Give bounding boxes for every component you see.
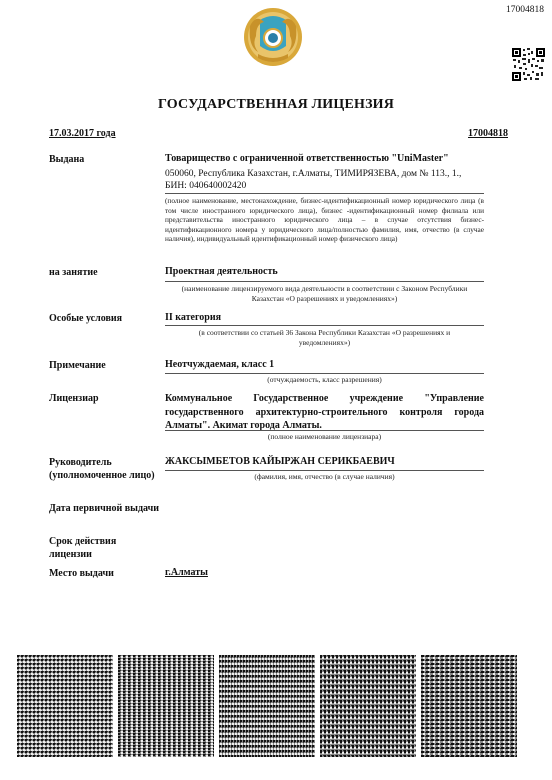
licensee-address: 050060, Республика Казахстан, г.Алматы, … [165,169,484,179]
qr-block-4-icon [320,655,416,757]
issued-to-hint: (полное наименование, местонахождение, б… [165,196,484,244]
divider [165,373,484,374]
issue-date: 17.03.2017 года [49,128,116,139]
head-label-line2: (уполномоченное лицо) [49,469,155,482]
head-name: ЖАКСЫМБЕТОВ КАЙЫРЖАН СЕРИКБАЕВИЧ [165,456,484,467]
note-value: Неотчуждаемая, класс 1 [165,359,484,370]
licensor-hint: (полное наименование лицензиара) [165,432,484,442]
licensee-name: Товарищество с ограниченной ответственно… [165,153,484,164]
activity-hint: (наименование лицензируемого вида деятел… [165,284,484,304]
head-label: Руководитель (уполномоченное лицо) [49,456,155,482]
divider [165,430,484,431]
qr-block-5-icon [421,655,517,757]
qr-block-2-icon [118,655,214,757]
first-issue-date-label: Дата первичной выдачи [49,502,159,515]
place-of-issue-value: г.Алматы [165,567,484,578]
activity-label: на занятие [49,266,98,279]
validity-label: Срок действия лицензии [49,535,116,561]
qr-code-icon [511,47,546,82]
divider [165,193,484,194]
qr-block-3-icon [219,655,315,757]
special-conditions-label: Особые условия [49,312,122,325]
divider [165,325,484,326]
divider [165,281,484,282]
licensor-value: Коммунальное Государственное учреждение … [165,392,484,433]
issued-to-label: Выдана [49,153,84,166]
head-hint: (фамилия, имя, отчество (в случае наличи… [165,472,484,482]
licensor-label: Лицензиар [49,392,99,405]
license-number: 17004818 [468,128,508,139]
divider [165,470,484,471]
place-of-issue-label: Место выдачи [49,567,114,580]
note-hint: (отчуждаемость, класс разрешения) [165,375,484,385]
note-label: Примечание [49,359,106,372]
qr-block-1-icon [17,655,113,757]
special-conditions-value: II категория [165,312,484,323]
document-number-top: 17004818 [506,5,544,15]
special-conditions-hint: (в соответствии со статьей 36 Закона Рес… [165,328,484,348]
validity-label-line2: лицензии [49,548,116,561]
licensee-bin: БИН: 040640002420 [165,181,484,191]
document-title: ГОСУДАРСТВЕННАЯ ЛИЦЕНЗИЯ [0,97,552,113]
state-emblem-icon [242,6,304,68]
validity-label-line1: Срок действия [49,535,116,548]
activity-value: Проектная деятельность [165,266,484,277]
head-label-line1: Руководитель [49,456,155,469]
